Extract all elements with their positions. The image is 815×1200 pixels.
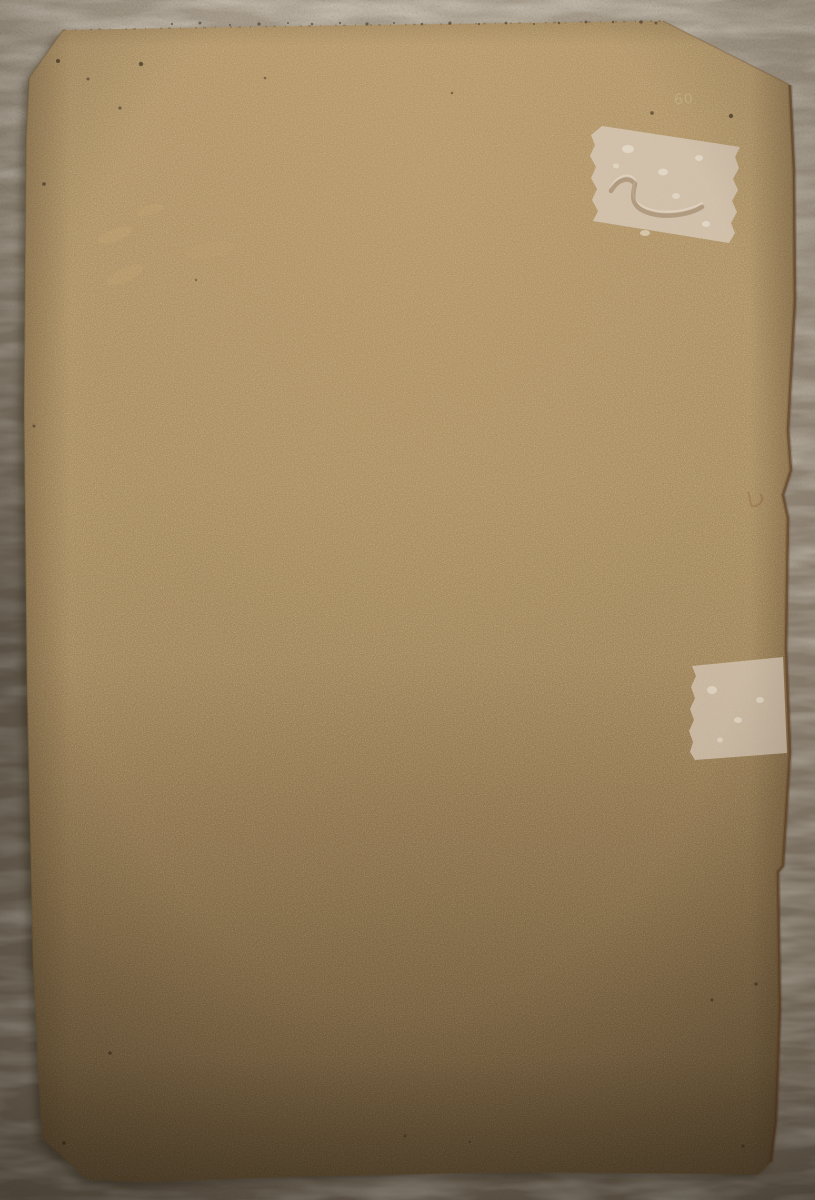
photo-bottom-darkening: [0, 0, 815, 1200]
photo-stage: 60: [0, 0, 815, 1200]
photo-canvas: 60: [0, 0, 815, 1200]
